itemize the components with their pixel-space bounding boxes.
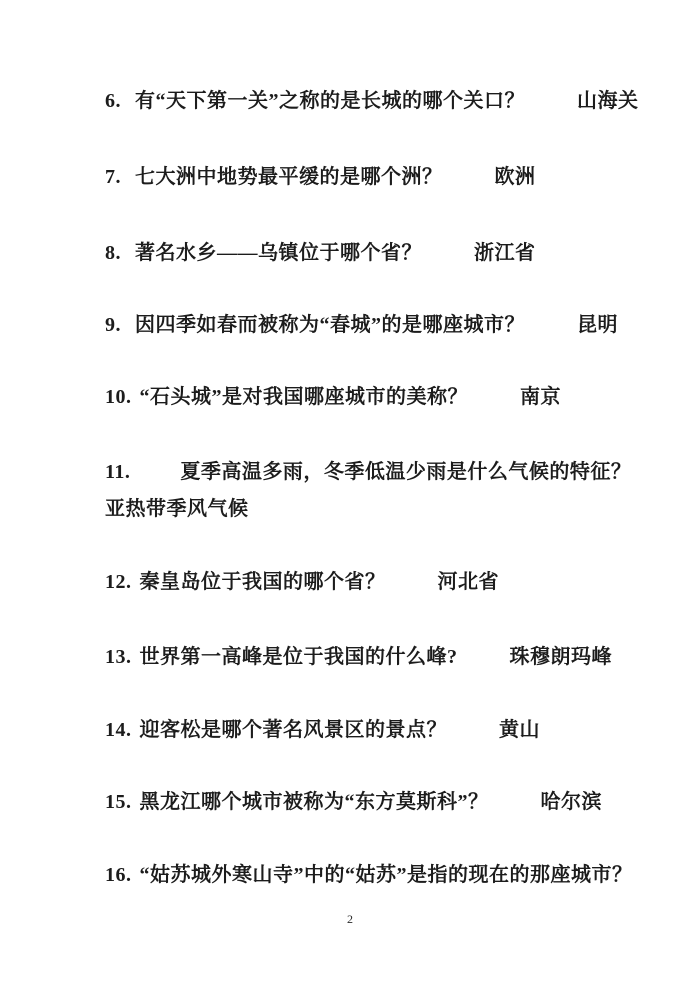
question-number: 16. [105,862,132,888]
answer-text: 欧洲 [495,166,536,188]
answer-text: 珠穆朗玛峰 [510,646,613,668]
question-number: 8. [105,240,127,266]
question-item: 9.因四季如春而被称为“春城”的是哪座城市？昆明 [105,312,645,338]
question-number: 14. [105,717,132,743]
question-number: 10. [105,384,132,410]
question-text: 秦皇岛位于我国的哪个省？ [140,571,386,593]
page-number: 2 [0,912,700,927]
question-item: 7.七大洲中地势最平缓的是哪个洲？欧洲 [105,164,645,190]
answer-text: 浙江省 [474,242,536,264]
question-text: 迎客松是哪个著名风景区的景点？ [140,719,448,741]
answer-text: 昆明 [577,314,618,336]
question-item: 8.著名水乡——乌镇位于哪个省？浙江省 [105,240,645,266]
question-number: 7. [105,164,127,190]
question-number: 13. [105,644,132,670]
question-item: 10.“石头城”是对我国哪座城市的美称？南京 [105,384,645,410]
question-text: “石头城”是对我国哪座城市的美称？ [140,386,469,408]
question-number: 9. [105,312,127,338]
question-item: 13.世界第一高峰是位于我国的什么峰?珠穆朗玛峰 [105,644,645,670]
question-text: 夏季高温多雨，冬季低温少雨是什么气候的特征？ [180,461,631,483]
question-text: 世界第一高峰是位于我国的什么峰? [140,646,458,668]
question-text: 七大洲中地势最平缓的是哪个洲？ [135,166,443,188]
question-number: 6. [105,88,127,114]
answer-text: 亚热带季风气候 [105,496,249,522]
answer-text: 哈尔滨 [541,791,603,813]
question-text: 有“天下第一关”之称的是长城的哪个关口？ [135,90,525,112]
question-text: 因四季如春而被称为“春城”的是哪座城市？ [135,314,525,336]
question-number: 12. [105,569,132,595]
document-page: 6.有“天下第一关”之称的是长城的哪个关口？山海关 7.七大洲中地势最平缓的是哪… [0,0,700,988]
question-item: 6.有“天下第一关”之称的是长城的哪个关口？山海关 [105,88,645,114]
question-number: 11. [105,459,130,485]
question-text: “姑苏城外寒山寺”中的“姑苏”是指的现在的那座城市？ [140,864,633,886]
question-item: 11.夏季高温多雨，冬季低温少雨是什么气候的特征？ [105,459,645,485]
question-item: 14.迎客松是哪个著名风景区的景点？黄山 [105,717,645,743]
question-item: 15.黑龙江哪个城市被称为“东方莫斯科”？哈尔滨 [105,789,645,815]
question-item: 16.“姑苏城外寒山寺”中的“姑苏”是指的现在的那座城市？ [105,862,645,888]
question-number: 15. [105,789,132,815]
answer-text: 黄山 [499,719,540,741]
question-item: 12.秦皇岛位于我国的哪个省？河北省 [105,569,645,595]
question-text: 著名水乡——乌镇位于哪个省？ [135,242,422,264]
question-text: 黑龙江哪个城市被称为“东方莫斯科”？ [140,791,489,813]
answer-text: 山海关 [577,90,639,112]
answer-text: 南京 [520,386,561,408]
answer-text: 河北省 [438,571,500,593]
